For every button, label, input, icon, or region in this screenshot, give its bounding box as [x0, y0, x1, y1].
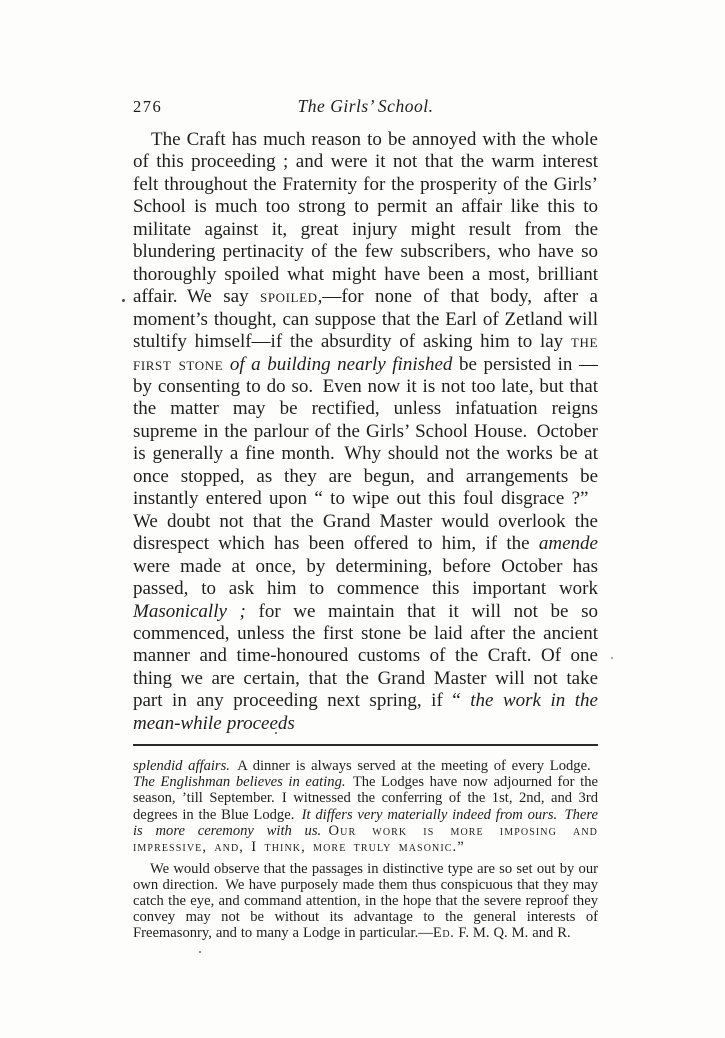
print-speck [275, 732, 277, 734]
print-speck [122, 299, 125, 302]
running-head: 276 The Girls’ School. [133, 96, 598, 116]
print-speck [611, 657, 613, 659]
text-segment: F. M. Q. M. and R. [454, 925, 570, 941]
footnote-paragraph-quote: splendid affairs. A dinner is always ser… [133, 758, 598, 855]
text-segment: The Craft has much reason to be annoyed … [133, 129, 598, 307]
text-segment: A dinner is always served at the meeting… [230, 758, 598, 774]
text-segment: of a building nearly finished [230, 354, 453, 375]
scanned-book-page: 276 The Girls’ School. The Craft has muc… [0, 0, 725, 1038]
text-block: 276 The Girls’ School. The Craft has muc… [133, 96, 598, 941]
footnote-paragraph-editor-note: We would observe that the passages in di… [133, 861, 598, 941]
running-title: The Girls’ School. [133, 96, 598, 117]
text-segment: Ed. [433, 925, 455, 941]
text-segment: The Englishman believes in eating. [133, 774, 346, 790]
text-segment: splendid affairs. [133, 758, 230, 774]
footnote-separator-rule [133, 744, 598, 746]
text-segment: amende [539, 533, 598, 554]
text-segment: be persisted in —by consenting to do so.… [133, 354, 598, 555]
text-segment: Masonically ; [133, 601, 246, 622]
text-segment: were made at once, by determining, befor… [133, 556, 598, 599]
print-speck [199, 951, 201, 953]
text-segment [223, 354, 230, 375]
text-segment: spoiled [260, 286, 318, 307]
article-paragraph: The Craft has much reason to be annoyed … [133, 129, 598, 735]
